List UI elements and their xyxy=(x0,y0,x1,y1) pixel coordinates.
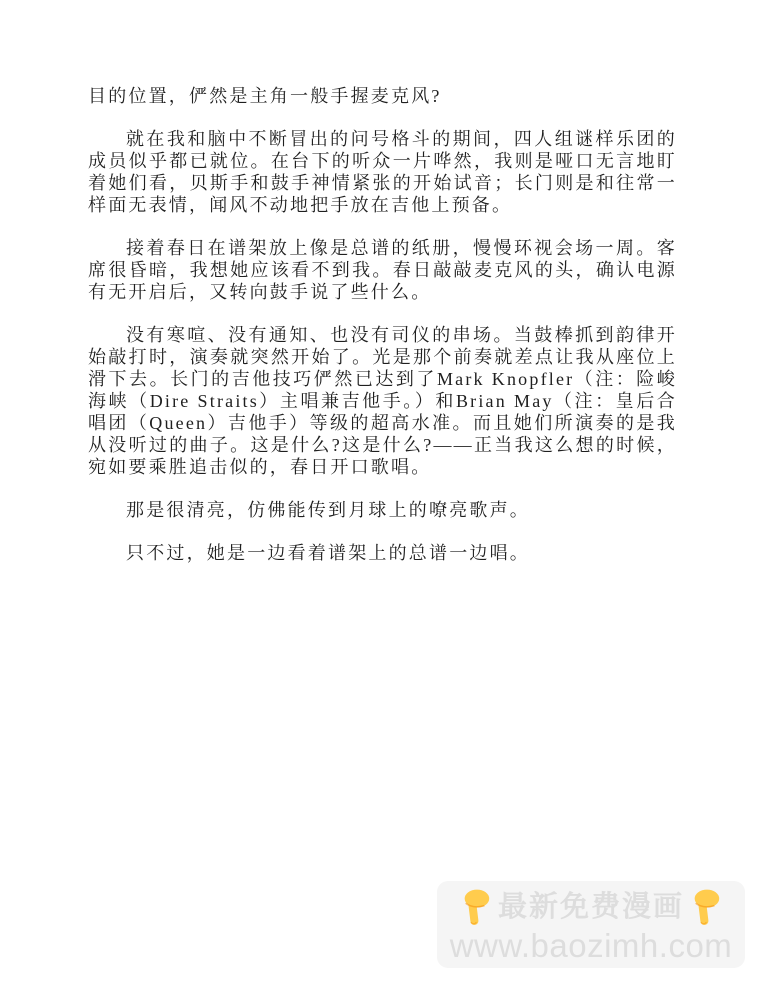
paragraph: 那是很清亮，仿佛能传到月球上的嘹亮歌声。 xyxy=(88,499,677,521)
paragraph: 只不过，她是一边看着谱架上的总谱一边唱。 xyxy=(88,542,677,564)
paragraph: 接着春日在谱架放上像是总谱的纸册，慢慢环视会场一周。客席很昏暗，我想她应该看不到… xyxy=(88,237,677,303)
watermark-title: 最新免费漫画 xyxy=(498,893,684,922)
document-page: 目的位置，俨然是主角一般手握麦克风? 就在我和脑中不断冒出的问号格斗的期间，四人… xyxy=(0,0,765,990)
pointing-down-icon xyxy=(459,888,493,928)
paragraph: 没有寒喧、没有通知、也没有司仪的串场。当鼓棒抓到韵律开始敲打时，演奏就突然开始了… xyxy=(88,324,677,478)
text-content: 目的位置，俨然是主角一般手握麦克风? 就在我和脑中不断冒出的问号格斗的期间，四人… xyxy=(88,85,677,585)
watermark-url: www.baozimh.com xyxy=(450,929,733,962)
paragraph: 目的位置，俨然是主角一般手握麦克风? xyxy=(88,85,677,107)
watermark-badge: 最新免费漫画 www.baozimh.com xyxy=(437,881,745,968)
pointing-down-icon xyxy=(689,888,723,928)
paragraph: 就在我和脑中不断冒出的问号格斗的期间，四人组谜样乐团的成员似乎都已就位。在台下的… xyxy=(88,128,677,216)
watermark-title-row: 最新免费漫画 xyxy=(459,888,723,928)
